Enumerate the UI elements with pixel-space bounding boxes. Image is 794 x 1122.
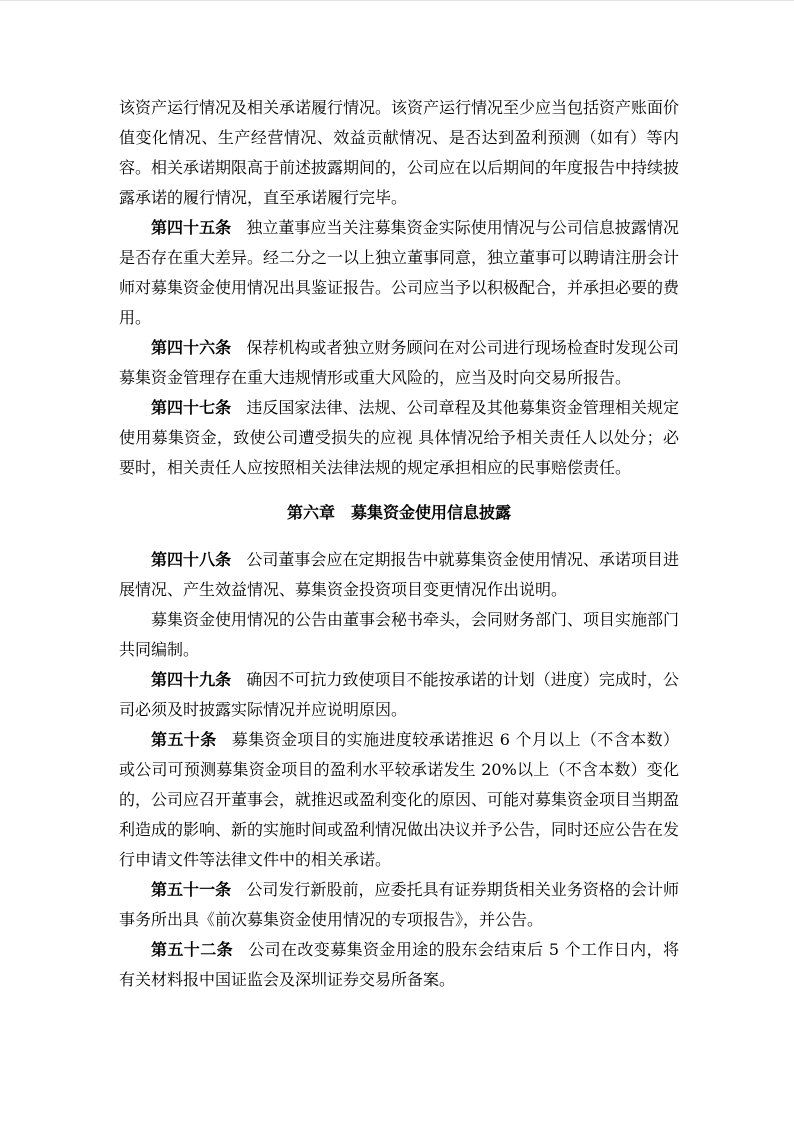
article-49: 第四十九条确因不可抗力致使项目不能按承诺的计划（进度）完成时，公司必须及时披露实… [119, 665, 679, 725]
paragraph-announcement-preparation: 募集资金使用情况的公告由董事会秘书牵头，会同财务部门、项目实施部门共同编制。 [119, 605, 679, 665]
article-51-label: 第五十一条 [151, 880, 231, 899]
article-48-label: 第四十八条 [151, 550, 231, 569]
chapter-heading: 第六章 募集资金使用信息披露 [119, 498, 679, 528]
paragraph-continuation: 该资产运行情况及相关承诺履行情况。该资产运行情况至少应当包括资产账面价值变化情况… [119, 93, 679, 213]
article-50-text: 募集资金项目的实施进度较承诺推迟 6 个月以上（不含本数）或公司可预测募集资金项… [119, 730, 679, 869]
article-47-label: 第四十七条 [151, 398, 231, 417]
article-50: 第五十条募集资金项目的实施进度较承诺推迟 6 个月以上（不含本数）或公司可预测募… [119, 725, 679, 875]
article-45-label: 第四十五条 [151, 218, 231, 237]
article-50-label: 第五十条 [151, 730, 217, 749]
document-page: 该资产运行情况及相关承诺履行情况。该资产运行情况至少应当包括资产账面价值变化情况… [0, 0, 794, 1122]
article-51: 第五十一条公司发行新股前，应委托具有证券期货相关业务资格的会计师事务所出具《前次… [119, 875, 679, 935]
article-47: 第四十七条违反国家法律、法规、公司章程及其他募集资金管理相关规定使用募集资金，致… [119, 393, 679, 483]
article-46-label: 第四十六条 [151, 338, 231, 357]
article-52: 第五十二条公司在改变募集资金用途的股东会结束后 5 个工作日内，将有关材料报中国… [119, 935, 679, 995]
article-48: 第四十八条公司董事会应在定期报告中就募集资金使用情况、承诺项目进展情况、产生效益… [119, 545, 679, 605]
article-49-label: 第四十九条 [151, 670, 231, 689]
article-46: 第四十六条保荐机构或者独立财务顾问在对公司进行现场检查时发现公司募集资金管理存在… [119, 333, 679, 393]
article-52-label: 第五十二条 [151, 940, 233, 959]
article-45: 第四十五条独立董事应当关注募集资金实际使用情况与公司信息披露情况 是否存在重大差… [119, 213, 679, 333]
